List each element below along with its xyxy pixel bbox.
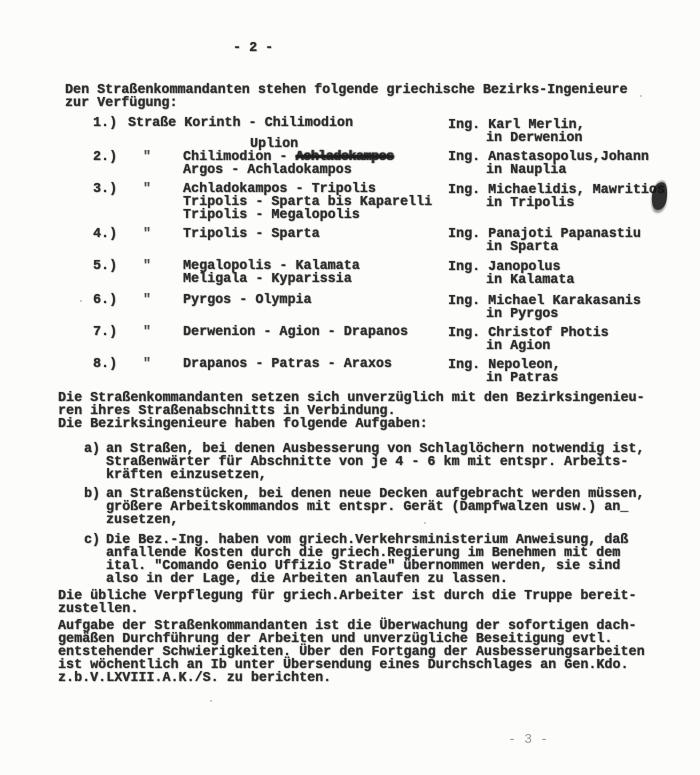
scan-speck <box>424 522 426 524</box>
scan-speck <box>640 95 642 97</box>
paragraph-line: zustellen. <box>58 603 138 616</box>
page-number-bottom: - 3 - <box>508 734 548 747</box>
item-number: 2.) <box>93 151 117 164</box>
paragraph-line: zusetzen, <box>106 514 178 527</box>
paragraph-line: kräften einzusetzen, <box>106 469 267 482</box>
ditto-mark: " <box>143 358 151 371</box>
ditto-mark: " <box>143 260 151 273</box>
ditto-mark: " <box>143 326 151 339</box>
ditto-mark: " <box>143 228 151 241</box>
paragraph-line: z.b.V.LXVIII.A.K./S. zu berichten. <box>58 672 331 685</box>
route-line: Pyrgos - Olympia <box>183 294 312 307</box>
route-line: Meligala - Kyparissia <box>183 273 352 286</box>
engineer-location-line: in Sparta <box>486 241 558 254</box>
route-line: Tripolis - Megalopolis <box>183 209 360 222</box>
paragraph-line: Die übliche Verpflegung für griech.Arbei… <box>58 590 637 603</box>
paragraph-line: Die Bezirksingenieure haben folgende Auf… <box>58 418 428 431</box>
page-number-top: - 2 - <box>233 42 273 55</box>
engineer-location-line: in Derwenion <box>486 132 582 145</box>
engineer-location-line: in Pyrgos <box>486 308 558 321</box>
ditto-mark: " <box>143 151 151 164</box>
list-label: c) <box>84 534 100 547</box>
paragraph-line: größere Arbeitskommandos mit entspr. Ger… <box>106 501 628 514</box>
scan-speck <box>210 700 212 702</box>
route-line: Straße Korinth - Chilimodion <box>128 117 353 130</box>
ditto-mark: " <box>143 183 151 196</box>
item-number: 7.) <box>93 326 117 339</box>
engineer-location-line: in Kalamata <box>486 274 574 287</box>
item-number: 4.) <box>93 228 117 241</box>
item-number: 6.) <box>93 294 117 307</box>
scan-speck <box>118 410 121 413</box>
item-number: 3.) <box>93 183 117 196</box>
item-number: 1.) <box>93 117 117 130</box>
scan-speck <box>80 300 82 302</box>
engineer-location-line: in Nauplia <box>486 164 566 177</box>
route-line: Drapanos - Patras - Araxos <box>183 358 392 371</box>
intro-line: zur Verfügung: <box>65 97 178 110</box>
route-line: Tripolis - Sparta <box>183 228 320 241</box>
item-number: 8.) <box>93 358 117 371</box>
engineer-location-line: in Patras <box>486 372 558 385</box>
engineer-location-line: in Agion <box>486 340 550 353</box>
paragraph-line: also in der Lage, die Arbeiten anlaufen … <box>106 573 508 586</box>
item-number: 5.) <box>93 260 117 273</box>
document-page: - 2 - - 3 - Den Straßenkommandanten steh… <box>0 0 700 775</box>
engineer-location-line: in Tripolis <box>486 197 574 210</box>
route-line: Argos - Achladokampos <box>183 164 352 177</box>
ditto-mark: " <box>143 294 151 307</box>
route-line: Derwenion - Agion - Drapanos <box>183 326 408 339</box>
list-label: a) <box>84 443 100 456</box>
list-label: b) <box>84 488 100 501</box>
